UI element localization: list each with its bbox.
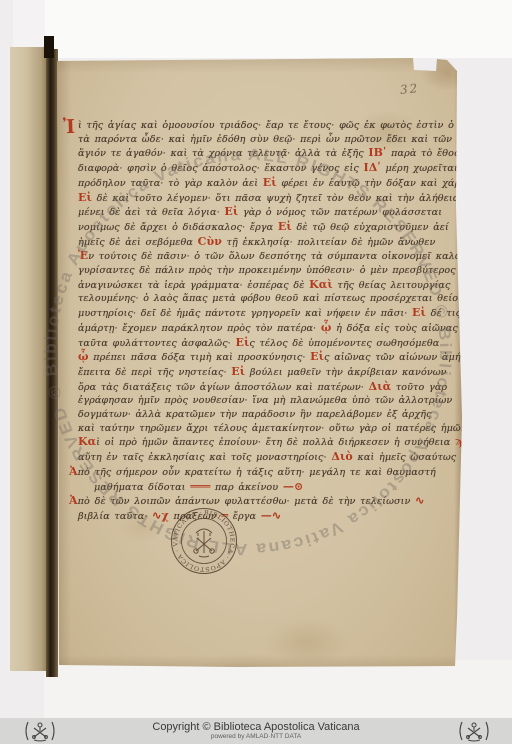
book-gutter [46,49,58,677]
ink-text: αὕτη ἐν ταῖς ἐκκλησίαις καὶ τοῖς μοναστη… [78,452,331,463]
ink-text: καὶ ταύτην τηρῶμεν ἄχρι τέλους ἀμετακίνη… [78,423,467,434]
rubric-text: ΙΔʹ [364,161,381,174]
ink-text: ἔπειτα δὲ περὶ τῆς νηστείας· [78,367,231,378]
ink-text: ὶ οἱ πρὸ ἡμῶν ἅπαντες ἐποίουν· ἔτη δὲ πο… [96,437,455,448]
ink-text: δὲ καὶ τοῦτο λέγομεν· ὅτι πᾶσα ψυχὴ ζητε… [92,193,465,204]
ink-text: πρόδηλον ταῦτα· τὸ γὰρ καλὸν ἀεὶ [78,178,263,189]
ink-text: δὲ τῷ θεῷ εὐχαριστοῦμεν ἀεί [292,222,449,233]
ink-text: τῆς θείας λειτουργίας [333,280,451,291]
ink-text: δέ τις [426,308,461,319]
manuscript-line: τελουμένης· ὁ λαὸς ἅπας μετὰ φόβου θεοῦ … [78,292,398,306]
ink-text: νομίμως δὲ ἄρχει ὁ διδάσκαλος· ἔργα [78,222,278,233]
ink-text: γυρίσαντες δὲ πάλιν πρὸς τὴν προκειμένην… [78,265,456,276]
rubric-text: ∿χ [152,509,169,522]
rubric-text: Εἰ [78,191,92,204]
rubric-text: Ἐ [78,249,88,262]
ink-text: διαφορὰ· φησὶν ὁ θεῖος ἀπόστολος· ἕκαστο… [78,163,364,174]
manuscript-line: ᾧ πρέπει πᾶσα δόξα τιμὴ καὶ προσκύνησις·… [78,350,398,365]
ink-text: ἡμεῖς δὲ ἀεὶ σεβόμεθα [78,237,198,248]
manuscript-line: ταῦτα φυλάττοντες ἀσφαλῶς· Εἰς τέλος δὲ … [78,336,398,351]
manuscript-line: ἀναγινώσκει τὰ ἱερὰ γράμματα· ἑσπέρας δὲ… [78,278,398,293]
manuscript-text: ὶ τῆς ἁγίας καὶ ὁμοουσίου τριάδος· ἔαρ τ… [78,119,398,524]
rubric-text: Εἰ [224,205,238,218]
manuscript-line: νομίμως δὲ ἄρχει ὁ διδάσκαλος· ἔργα Εἰ δ… [78,220,398,235]
ink-text: φέρει ἐν ἑαυτῷ τὴν δόξαν καὶ χάριν [277,178,470,189]
ink-text: παρὰ τὸ ἔθος [386,148,459,159]
ink-text: τὰ παρόντα ὧδε· καὶ ἡμῖν ἐδόθη σὺν θεῷ· … [78,134,500,145]
vatican-library-logo-left [23,720,57,742]
manuscript-line: Ἐν τούτοις δὲ πᾶσιν· ὁ τῶν ὅλων δεσπότης… [78,249,398,264]
ink-text: γὰρ ὁ νόμος τῶν πατέρων φυλάσσεται [238,207,442,218]
ink-text: τοῦτο γὰρ [391,382,447,393]
digitized-manuscript-viewer: 32 Ἰ ὶ τῆς ἁγίας καὶ ὁμοουσίου τριάδος· … [0,0,512,744]
ink-text: ἐγράφησαν ἡμῖν πρὸς νουθεσίαν· ἵνα μὴ πλ… [78,395,452,406]
manuscript-line: μαθήματα δίδοται ═══ παρ ἀκείνου —⊙ [94,480,398,495]
rubric-text: ═══ [190,480,210,493]
rubric-text: Εἰ [278,220,292,233]
manuscript-line: δογμάτων· ἀλλὰ κρατῶμεν τὴν παράδοσιν ἣν… [78,408,398,422]
ink-text: πράξεων [169,511,222,522]
copyright-footer: Copyright © Biblioteca Apostolica Vatica… [0,718,512,744]
rubric-text: ᾧ [321,321,332,334]
manuscript-line: ἅγιόν τε ἀγαθόν· καὶ τὰ χρόνια τελευτᾷ· … [78,146,398,161]
ink-text: ἀναγινώσκει τὰ ἱερὰ γράμματα· ἑσπέρας δὲ [78,280,309,291]
manuscript-page: 32 Ἰ ὶ τῆς ἁγίας καὶ ὁμοουσίου τριάδος· … [57,57,463,667]
rubric-text: Ἀ [69,465,78,478]
powered-by-text: powered by AMLAD·NTT DATA [0,733,512,740]
ink-text: πρέπει πᾶσα δόξα τιμὴ καὶ προσκύνησις· [89,352,311,363]
ink-text: πὸ τῆς σήμερον οὖν κρατείτω ἡ τάξις αὕτη… [78,467,436,478]
manuscript-line: Καὶ οἱ πρὸ ἡμῶν ἅπαντες ἐποίουν· ἔτη δὲ … [78,435,398,450]
ink-text: μέρη χωρεῖται [381,163,458,174]
ink-text: βιβλία ταῦτα· [78,511,152,522]
manuscript-line: γυρίσαντες δὲ πάλιν πρὸς τὴν προκειμένην… [78,264,398,278]
ink-text: βούλει μαθεῖν τὴν ἀκρίβειαν κανόνων [245,367,446,378]
background-mat-top [44,0,512,58]
rubric-initial: Ἰ [63,116,76,138]
vatican-library-logo-right [457,720,491,742]
manuscript-line: μυστηρίοις· δεῖ δὲ ἡμᾶς πάντοτε γρηγορεῖ… [78,306,398,321]
rubric-text: ϡ [455,435,462,448]
folio-number: 32 [399,81,420,97]
ink-text: τελουμένης· ὁ λαὸς ἅπας μετὰ φόβου θεοῦ … [78,293,467,304]
ink-text: δογμάτων· ἀλλὰ κρατῶμεν τὴν παράδοσιν ἣν… [78,409,432,420]
ink-text: ς αἰῶνας τῶν αἰώνων ἀμήν [324,352,467,363]
manuscript-line: μένει δὲ ἀεὶ τὰ θεῖα λόγια· Εἰ γὰρ ὁ νόμ… [78,205,398,220]
rubric-text: Εἰ [412,306,426,319]
ink-text: μένει δὲ ἀεὶ τὰ θεῖα λόγια· [78,207,224,218]
manuscript-line: ἔπειτα δὲ περὶ τῆς νηστείας· Εἰ βούλει μ… [78,365,398,380]
ink-text: μυστηρίοις· δεῖ δὲ ἡμᾶς πάντοτε γρηγορεῖ… [78,308,412,319]
copyright-text: Copyright © Biblioteca Apostolica Vatica… [0,721,512,733]
ink-text: ταῦτα φυλάττοντες ἀσφαλῶς· [78,338,235,349]
background-mat-left [13,0,45,48]
rubric-text: ∿ [415,494,424,507]
rubric-text: Κα [78,435,96,448]
manuscript-line: πρόδηλον ταῦτα· τὸ γὰρ καλὸν ἀεὶ Εἰ φέρε… [78,176,398,191]
ink-text: τῇ ἐκκλησίᾳ· πολιτείαν δὲ ἡμῶν ἄνωθεν [222,237,435,248]
rubric-text: Εἰ [310,350,324,363]
manuscript-line: ὅρα τὰς διατάξεις τῶν ἁγίων ἀποστόλων κα… [78,380,398,395]
rubric-text: Διὸ [331,450,353,463]
ink-text: παρ ἀκείνου [210,482,283,493]
manuscript-line: βιβλία ταῦτα· ∿χ πράξεων ═ ἔργα —∿ [78,509,398,524]
ink-text: ὶ τῆς ἁγίας καὶ ὁμοουσίου τριάδος· ἔαρ τ… [78,120,488,131]
ink-text: ἁμάρτῃ· ἔχομεν παράκλητον πρὸς τὸν πατέρ… [78,323,321,334]
manuscript-line: αὕτη ἐν ταῖς ἐκκλησίαις καὶ τοῖς μοναστη… [78,450,398,465]
binding-clip [44,36,54,58]
rubric-text: Καὶ [309,278,333,291]
manuscript-line: Ἀπὸ τῆς σήμερον οὖν κρατείτω ἡ τάξις αὕτ… [78,465,398,480]
rubric-text: —∿ [261,509,281,522]
rubric-text: ᾧ [78,350,89,363]
manuscript-line: καὶ ταύτην τηρῶμεν ἄχρι τέλους ἀμετακίνη… [78,422,398,436]
rubric-text: Ἀ [69,494,78,507]
ink-text: καὶ ἡμεῖς ὡσαύτως [353,452,456,463]
manuscript-line: ὶ τῆς ἁγίας καὶ ὁμοουσίου τριάδος· ἔαρ τ… [78,119,398,133]
opposite-page-edge [10,47,47,671]
ink-text: πὸ δὲ τῶν λοιπῶν ἁπάντων φυλαττέσθω· μετ… [78,496,415,507]
rubric-text: Εἰ [231,365,245,378]
rubric-text: —⊙ [283,480,303,493]
rubric-text: Διὰ [369,380,392,393]
ink-text: ἔργα [228,511,261,522]
manuscript-line: ἐγράφησαν ἡμῖν πρὸς νουθεσίαν· ἵνα μὴ πλ… [78,394,398,408]
manuscript-line: Εἰ δὲ καὶ τοῦτο λέγομεν· ὅτι πᾶσα ψυχὴ ζ… [78,191,398,206]
rubric-text: Εἰ [263,176,277,189]
ink-text: ς τέλος δὲ ὑπομένοντες σωθησόμεθα [249,338,439,349]
ink-text: ἡ δόξα εἰς τοὺς αἰῶνας [331,323,457,334]
rubric-text: ΙΒʹ [368,146,386,159]
ink-text: ὅρα τὰς διατάξεις τῶν ἁγίων ἀποστόλων κα… [78,382,369,393]
manuscript-line: Ἀπὸ δὲ τῶν λοιπῶν ἁπάντων φυλαττέσθω· με… [78,494,398,509]
ink-text: μαθήματα δίδοται [94,482,190,493]
background-mat-bottom [44,660,512,718]
manuscript-line: ἡμεῖς δὲ ἀεὶ σεβόμεθα Ϲὺν τῇ ἐκκλησίᾳ· π… [78,235,398,250]
manuscript-line: διαφορὰ· φησὶν ὁ θεῖος ἀπόστολος· ἕκαστο… [78,161,398,176]
ink-text: ν τούτοις δὲ πᾶσιν· ὁ τῶν ὅλων δεσπότης … [88,251,468,262]
ink-text: ἅγιόν τε ἀγαθόν· καὶ τὰ χρόνια τελευτᾷ· … [78,148,368,159]
manuscript-line: ἁμάρτῃ· ἔχομεν παράκλητον πρὸς τὸν πατέρ… [78,321,398,336]
manuscript-line: τὰ παρόντα ὧδε· καὶ ἡμῖν ἐδόθη σὺν θεῷ· … [78,133,398,147]
rubric-text: Ϲὺν [198,235,222,248]
rubric-text: Εἰ [235,336,249,349]
